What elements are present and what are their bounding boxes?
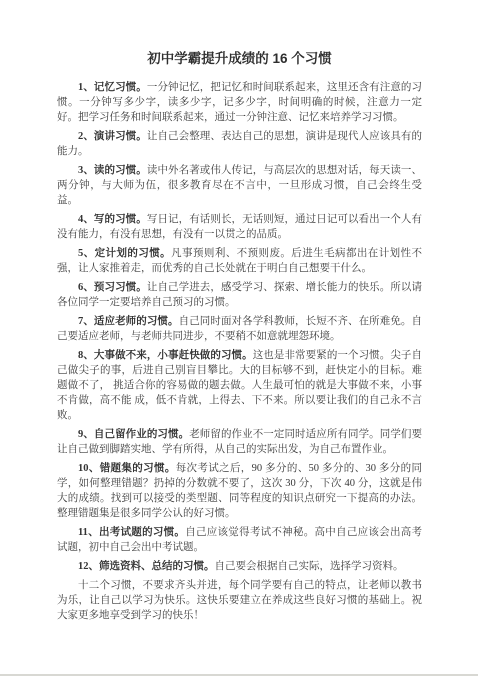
paragraph: 8、大事做不来，小事赶快做的习惯。这也是非常要紧的一个习惯。尖子自己做尖子的事，… <box>57 348 422 423</box>
paragraph: 2、演讲习惯。让自己会整理、表达自己的思想，演讲是现代人应该具有的能力。 <box>57 129 422 159</box>
paragraph-lead: 12、筛选资料、总结的习惯。 <box>78 561 215 572</box>
paragraph-lead: 8、大事做不来，小事赶快做的习惯。 <box>78 350 253 361</box>
paragraph: 6、预习习惯。让自己学进去，感受学习、探索、增长能力的快乐。所以请各位同学一定要… <box>57 280 422 310</box>
paragraph: 3、读的习惯。读中外名著或伟人传记，与高层次的思想对话，每天读一、两分钟，与大师… <box>57 163 422 208</box>
paragraph: 5、定计划的习惯。凡事预则利、不预则废。后进生毛病都出在计划性不强，让人家推着走… <box>57 246 422 276</box>
paragraph-body: 自己要会根据自己实际，选择学习资料。 <box>215 561 404 572</box>
paragraph: 4、写的习惯。写日记，有话则长，无话则短，通过日记可以看出一个人有没有能力，有没… <box>57 212 422 242</box>
paragraph-lead: 2、演讲习惯。 <box>78 131 147 142</box>
paragraph-lead: 1、记忆习惯。 <box>78 82 147 93</box>
paragraph: 10、错题集的习惯。每次考试之后，90 多分的、50 多分的、30 多分的同学，… <box>57 461 422 521</box>
paragraph: 7、适应老师的习惯。自己同时面对各学科教师，长短不齐、在所难免。自己要适应老师，… <box>57 314 422 344</box>
paragraph-body: 十二个习惯，不要求齐头并进，每个同学要有自己的特点，让老师以教书为乐，让自己以学… <box>57 580 422 621</box>
paragraph: 9、自己留作业的习惯。老师留的作业不一定同时适应所有同学。同学们要让自己做到脚踏… <box>57 427 422 457</box>
paragraph-lead: 10、错题集的习惯。 <box>78 463 176 474</box>
paragraph-lead: 11、出考试题的习惯。 <box>78 527 185 538</box>
paragraph: 1、记忆习惯。一分钟记忆，把记忆和时间联系起来，这里还含有注意的习惯。一分钟写多… <box>57 80 422 125</box>
page-title: 初中学霸提升成绩的 16 个习惯 <box>57 50 422 67</box>
paragraph: 11、出考试题的习惯。自己应该觉得考试不神秘。高中自己应该会出高考试题，初中自己… <box>57 525 422 555</box>
document-page: 初中学霸提升成绩的 16 个习惯 1、记忆习惯。一分钟记忆，把记忆和时间联系起来… <box>57 50 422 627</box>
paragraph: 12、筛选资料、总结的习惯。自己要会根据自己实际，选择学习资料。 <box>57 559 422 574</box>
paragraph-lead: 4、写的习惯。 <box>78 214 147 225</box>
paragraph-lead: 9、自己留作业的习惯。 <box>78 429 189 440</box>
paragraph-lead: 3、读的习惯。 <box>78 165 147 176</box>
document-body: 1、记忆习惯。一分钟记忆，把记忆和时间联系起来，这里还含有注意的习惯。一分钟写多… <box>57 80 422 623</box>
paragraph: 十二个习惯，不要求齐头并进，每个同学要有自己的特点，让老师以教书为乐，让自己以学… <box>57 578 422 623</box>
page-bottom-edge-line <box>0 674 478 676</box>
paragraph-lead: 7、适应老师的习惯。 <box>78 316 179 327</box>
paragraph-lead: 5、定计划的习惯。 <box>78 248 171 259</box>
paragraph-lead: 6、预习习惯。 <box>78 282 147 293</box>
